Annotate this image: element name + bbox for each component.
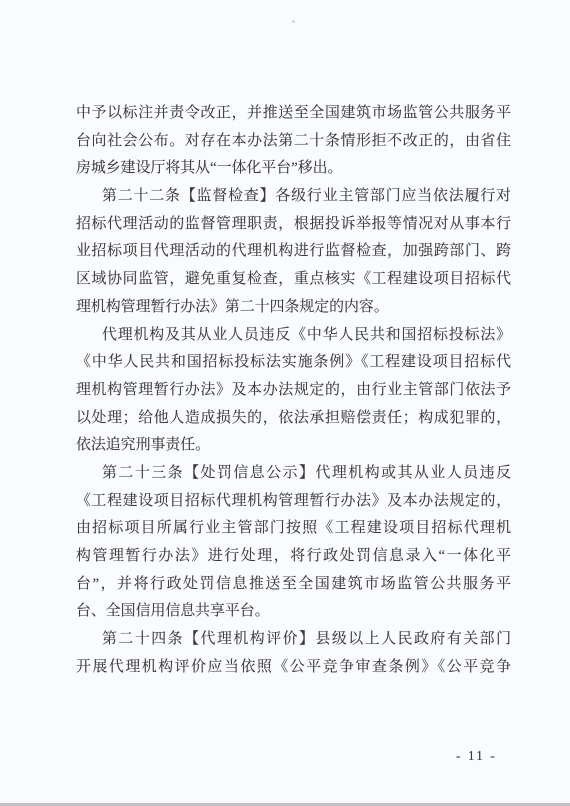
text-line: 台”，并将行政处罚信息推送至全国建筑市场监管公共服务平 xyxy=(76,571,511,599)
text-line: 以处理；给他人造成损失的，依法承担赔偿责任；构成犯罪的， xyxy=(76,405,511,433)
text-line: 开展代理机构评价应当依照《公平竞争审查条例》《公平竞争 xyxy=(76,654,511,682)
page-number: - 11 - xyxy=(456,748,497,763)
text-line: 《中华人民共和国招标投标法实施条例》《工程建设项目招标代 xyxy=(76,349,511,377)
text-line: 由招标项目所属行业主管部门按照《工程建设项目招标代理机 xyxy=(76,515,511,543)
text-line: 第二十二条【监督检查】各级行业主管部门应当依法履行对 xyxy=(76,183,511,211)
text-line: 理机构管理暂行办法》第二十四条规定的内容。 xyxy=(76,294,511,322)
text-line: 业招标项目代理活动的代理机构进行监督检查，加强跨部门、跨 xyxy=(76,238,511,266)
scan-speck-artifact xyxy=(292,20,295,23)
text-line: 构管理暂行办法》进行处理，将行政处罚信息录入“一体化平 xyxy=(76,543,511,571)
text-line: 台向社会公布。对存在本办法第二十条情形拒不改正的，由省住 xyxy=(76,128,511,156)
text-line: 区域协同监管，避免重复检查，重点核实《工程建设项目招标代 xyxy=(76,266,511,294)
text-line: 招标代理活动的监督管理职责，根据投诉举报等情况对从事本行 xyxy=(76,211,511,239)
text-line: 台、全国信用信息共享平台。 xyxy=(76,598,511,626)
text-line: 房城乡建设厅将其从“一体化平台”移出。 xyxy=(76,155,511,183)
text-line: 依法追究刑事责任。 xyxy=(76,432,511,460)
text-line: 第二十三条【处罚信息公示】代理机构或其从业人员违反 xyxy=(76,460,511,488)
text-line: 理机构管理暂行办法》及本办法规定的，由行业主管部门依法予 xyxy=(76,377,511,405)
document-body: 中予以标注并责令改正，并推送至全国建筑市场监管公共服务平台向社会公布。对存在本办… xyxy=(76,100,511,681)
text-line: 中予以标注并责令改正，并推送至全国建筑市场监管公共服务平 xyxy=(76,100,511,128)
scanned-document-page: 中予以标注并责令改正，并推送至全国建筑市场监管公共服务平台向社会公布。对存在本办… xyxy=(0,0,570,806)
text-line: 《工程建设项目招标代理机构管理暂行办法》及本办法规定的， xyxy=(76,488,511,516)
text-line: 第二十四条【代理机构评价】县级以上人民政府有关部门 xyxy=(76,626,511,654)
text-line: 代理机构及其从业人员违反《中华人民共和国招标投标法》 xyxy=(76,322,511,350)
